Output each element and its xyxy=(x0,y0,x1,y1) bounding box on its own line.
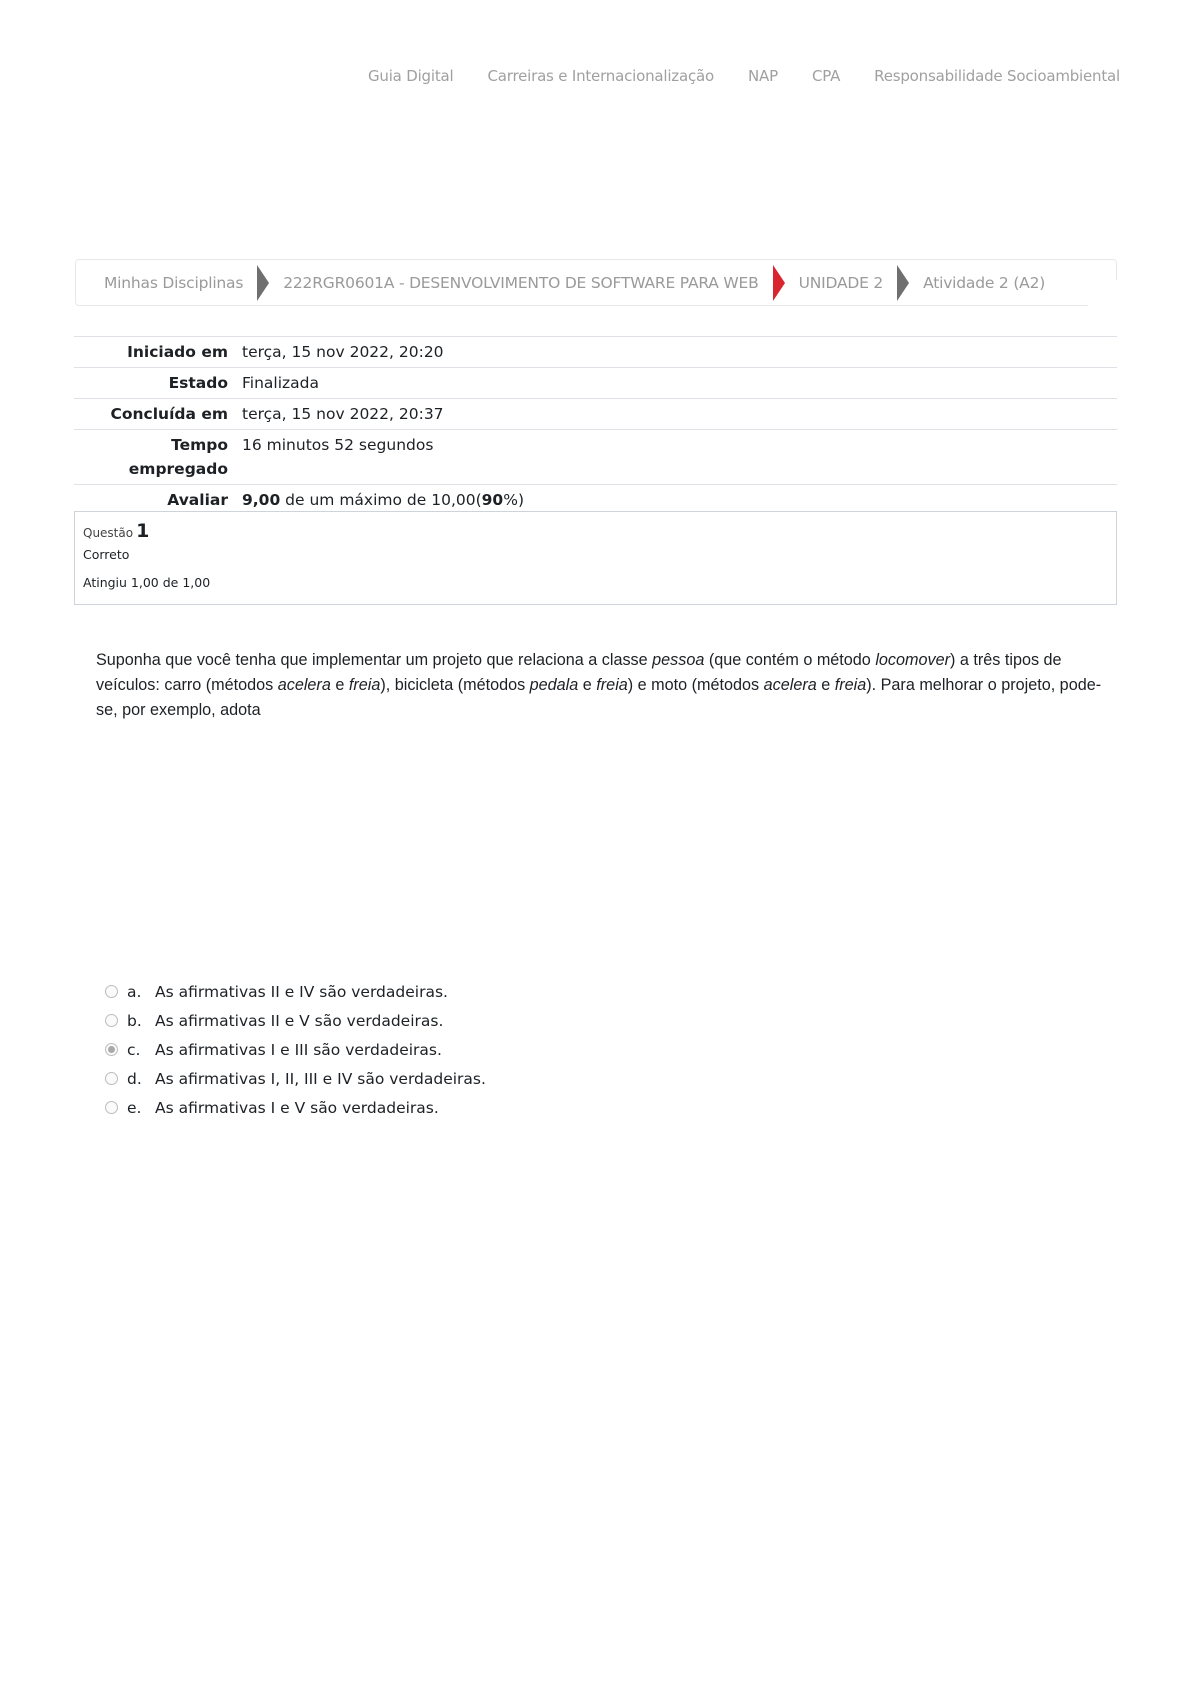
summary-label: Iniciado em xyxy=(74,337,242,368)
summary-value: terça, 15 nov 2022, 20:37 xyxy=(242,399,1117,430)
radio-unchecked-icon[interactable] xyxy=(105,1014,118,1027)
answer-option[interactable]: c.As afirmativas I e III são verdadeiras… xyxy=(105,1035,486,1064)
breadcrumb-item-disciplinas[interactable]: Minhas Disciplinas xyxy=(104,274,243,292)
nav-link-guia-digital[interactable]: Guia Digital xyxy=(368,67,454,85)
answer-letter: a. xyxy=(127,983,155,1001)
answer-options: a.As afirmativas II e IV são verdadeiras… xyxy=(105,977,486,1122)
question-number: Questão1 xyxy=(83,520,1108,542)
radio-unchecked-icon[interactable] xyxy=(105,1101,118,1114)
breadcrumb-separator-icon xyxy=(257,265,269,301)
radio-checked-icon[interactable] xyxy=(105,1043,118,1056)
breadcrumb: Minhas Disciplinas 222RGR0601A - DESENVO… xyxy=(75,259,1117,306)
breadcrumb-item-course[interactable]: 222RGR0601A - DESENVOLVIMENTO DE SOFTWAR… xyxy=(283,274,758,292)
answer-letter: b. xyxy=(127,1012,155,1030)
answer-text: As afirmativas I e V são verdadeiras. xyxy=(155,1099,439,1117)
nav-link-responsabilidade[interactable]: Responsabilidade Socioambiental xyxy=(874,67,1120,85)
nav-link-cpa[interactable]: CPA xyxy=(812,67,840,85)
radio-unchecked-icon[interactable] xyxy=(105,1072,118,1085)
breadcrumb-separator-icon xyxy=(897,265,909,301)
summary-value: terça, 15 nov 2022, 20:20 xyxy=(242,337,1117,368)
answer-option[interactable]: e.As afirmativas I e V são verdadeiras. xyxy=(105,1093,486,1122)
summary-row-started: Iniciado em terça, 15 nov 2022, 20:20 xyxy=(74,337,1117,368)
summary-value: Finalizada xyxy=(242,368,1117,399)
summary-label: Tempo empregado xyxy=(74,430,242,485)
answer-option[interactable]: a.As afirmativas II e IV são verdadeiras… xyxy=(105,977,486,1006)
question-grade: Atingiu 1,00 de 1,00 xyxy=(83,575,1108,590)
answer-option[interactable]: d.As afirmativas I, II, III e IV são ver… xyxy=(105,1064,486,1093)
question-state: Correto xyxy=(83,547,1108,562)
answer-letter: c. xyxy=(127,1041,155,1059)
breadcrumb-item-activity[interactable]: Atividade 2 (A2) xyxy=(923,274,1045,292)
answer-text: As afirmativas II e V são verdadeiras. xyxy=(155,1012,443,1030)
breadcrumb-separator-icon xyxy=(773,265,785,301)
summary-row-time: Tempo empregado 16 minutos 52 segundos xyxy=(74,430,1117,485)
summary-row-state: Estado Finalizada xyxy=(74,368,1117,399)
question-text: Suponha que você tenha que implementar u… xyxy=(96,648,1106,723)
top-navigation: Guia Digital Carreiras e Internacionaliz… xyxy=(0,67,1120,85)
attempt-summary-table: Iniciado em terça, 15 nov 2022, 20:20 Es… xyxy=(74,336,1117,515)
summary-value: 16 minutos 52 segundos xyxy=(242,430,1117,485)
radio-unchecked-icon[interactable] xyxy=(105,985,118,998)
grade-score: 9,00 xyxy=(242,491,280,509)
answer-text: As afirmativas I, II, III e IV são verda… xyxy=(155,1070,486,1088)
answer-text: As afirmativas I e III são verdadeiras. xyxy=(155,1041,442,1059)
nav-link-nap[interactable]: NAP xyxy=(748,67,778,85)
nav-link-carreiras[interactable]: Carreiras e Internacionalização xyxy=(488,67,715,85)
answer-option[interactable]: b.As afirmativas II e V são verdadeiras. xyxy=(105,1006,486,1035)
question-info-box: Questão1 Correto Atingiu 1,00 de 1,00 xyxy=(74,511,1117,605)
summary-label: Estado xyxy=(74,368,242,399)
breadcrumb-edge xyxy=(1088,280,1120,310)
answer-text: As afirmativas II e IV são verdadeiras. xyxy=(155,983,448,1001)
answer-letter: e. xyxy=(127,1099,155,1117)
summary-row-completed: Concluída em terça, 15 nov 2022, 20:37 xyxy=(74,399,1117,430)
answer-letter: d. xyxy=(127,1070,155,1088)
summary-label: Concluída em xyxy=(74,399,242,430)
grade-percent: 90 xyxy=(482,491,504,509)
breadcrumb-item-unit[interactable]: UNIDADE 2 xyxy=(799,274,884,292)
